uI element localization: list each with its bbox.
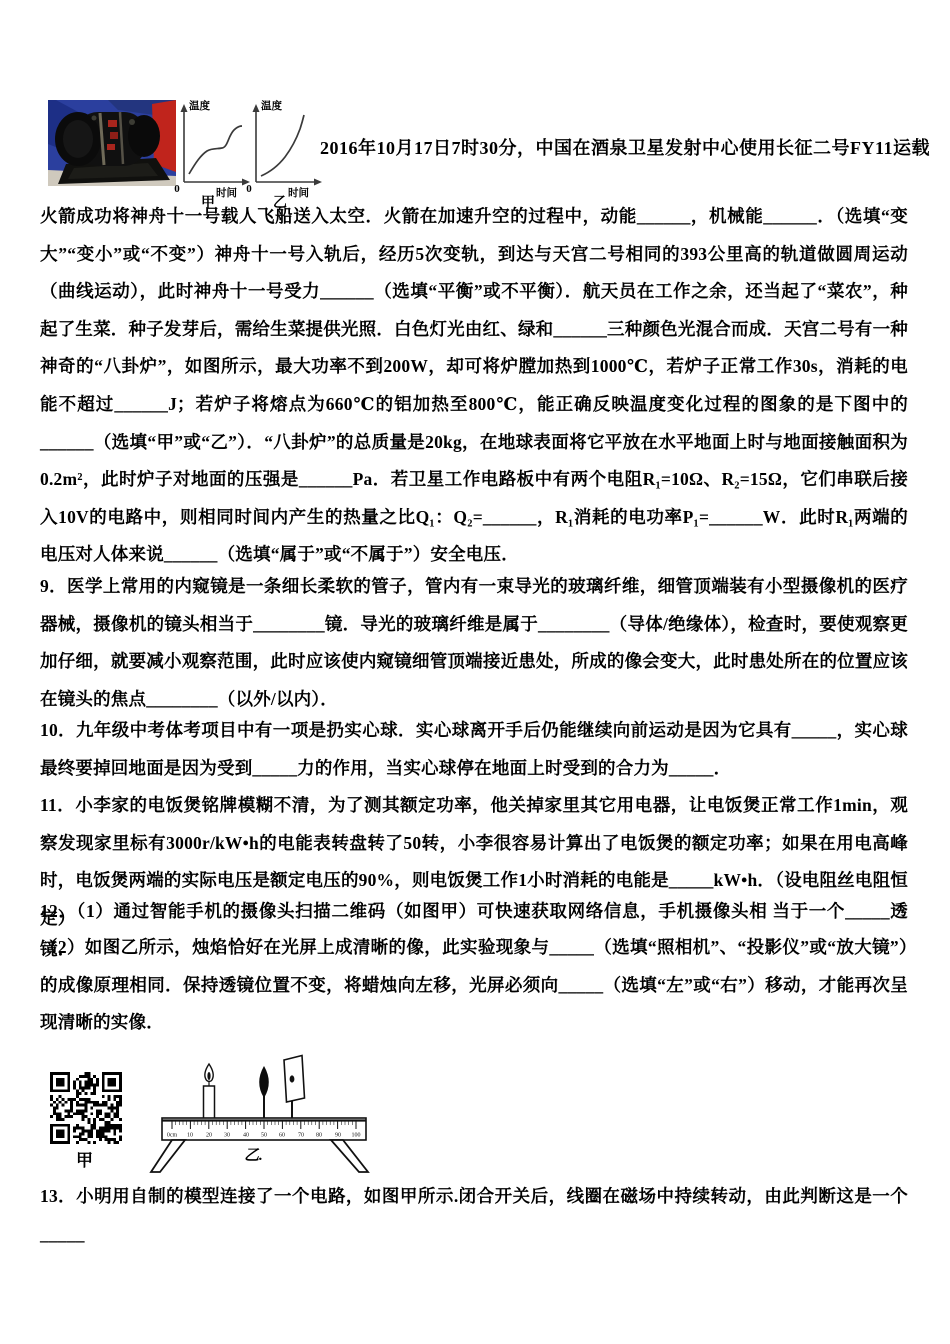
optical-bench: 0cm 10 20 30 40 50 60 70 80 90 100 乙. [128,1052,398,1176]
bench-leg-left [151,1140,185,1172]
y-axis-label: 温度 [261,99,282,112]
ruler-label: 30 [224,1133,230,1139]
qr-finder-top-right [102,1072,122,1092]
qr-code [50,1072,122,1144]
ruler-label: 60 [279,1133,285,1139]
temperature-curve [189,126,242,174]
flame-image-spot [290,1075,295,1082]
document-page: 温度 时间 0 甲 温度 时间 0 乙 2016年10月17日7时30分，中国在… [0,0,950,1344]
question-9-text: 9．医学上常用的内窥镜是一条细长柔软的管子，管内有一束导光的玻璃纤维，细管顶端装… [40,568,908,718]
qr-finder-top-left [50,1072,70,1092]
y-axis-arrow [253,104,260,112]
qr-finder-bottom-left [50,1124,70,1144]
ruler-label: 70 [298,1133,304,1139]
ruler-label: 90 [335,1133,341,1139]
question-13-text: 13．小明用自制的模型连接了一个电路，如图甲所示.闭合开关后，线圈在磁场中持续转… [40,1178,908,1253]
ruler-label: 20 [206,1133,212,1139]
y-axis-arrow [181,104,188,112]
y-axis-label: 温度 [189,99,210,112]
question-12-part2: （2）如图乙所示，烛焰恰好在光屏上成清晰的像，此实验现象与_____（选填“照相… [40,929,908,1042]
qr-caption: 甲 [76,1146,93,1171]
question-10-text: 10．九年级中考体考项目中有一项是扔实心球．实心球离开手后仍能继续向前运动是因为… [40,712,908,787]
candle [204,1064,215,1119]
convex-lens [260,1067,269,1119]
temperature-graph-yi: 温度 时间 0 乙 [240,96,326,208]
light-screen [284,1056,305,1120]
origin-label: 0 [246,183,252,195]
question-8-body: 火箭成功将神舟十一号载人飞船送入太空．火箭在加速升空的过程中，动能______，… [40,198,908,574]
origin-label: 0 [174,183,180,195]
bench-caption: 乙. [244,1147,263,1164]
ruler-label: 100 [352,1133,361,1139]
ruler-label: 0cm [167,1133,178,1139]
x-axis-arrow [314,179,322,186]
bench-leg-right [331,1140,368,1172]
temperature-curve [261,115,304,176]
ruler-label: 80 [316,1133,322,1139]
ruler-label: 10 [187,1133,193,1139]
question-8-intro-line: 2016年10月17日7时30分，中国在酒泉卫星发射中心使用长征二号FY11运载 [320,134,930,160]
engine-photo [48,100,176,186]
candle-wick [207,1072,210,1080]
ruler-label: 50 [261,1133,267,1139]
ruler-label: 40 [243,1133,249,1139]
bench-ruler: 0cm 10 20 30 40 50 60 70 80 90 100 [162,1118,366,1140]
